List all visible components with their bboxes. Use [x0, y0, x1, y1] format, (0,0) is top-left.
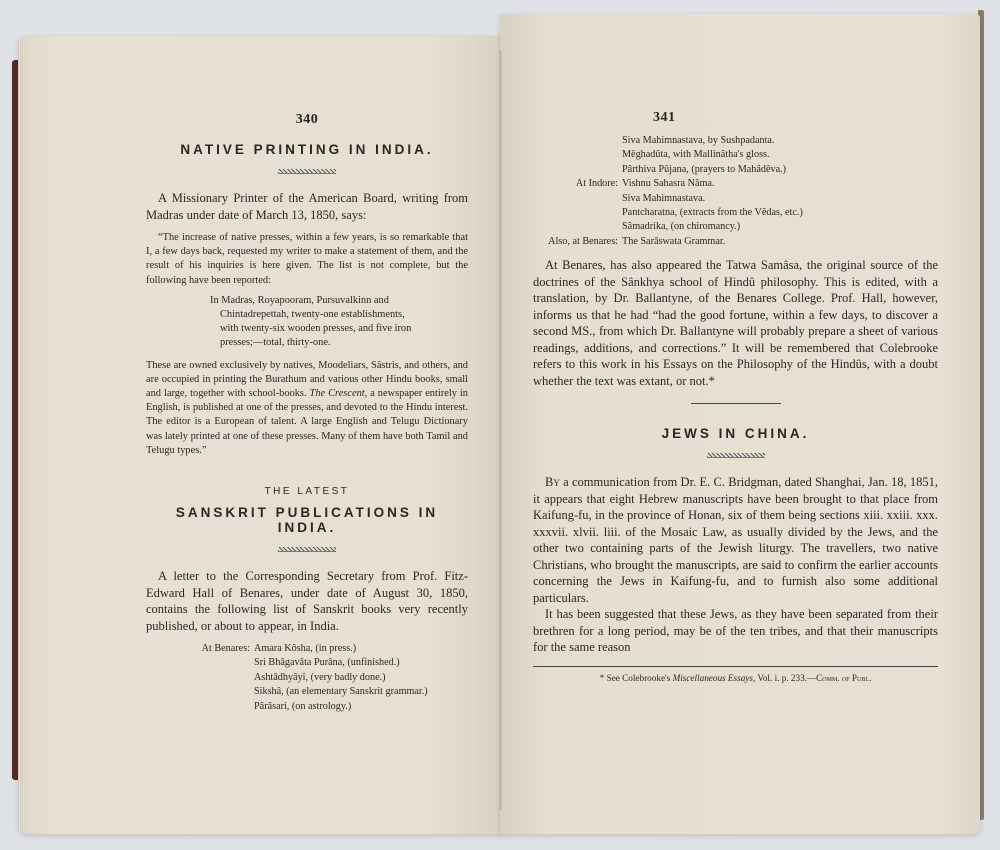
place-label: [525, 148, 622, 162]
book-list-item: Siva Mahimnastava.: [533, 192, 938, 206]
book-list-item: Sâmadrika, (on chiromancy.): [533, 220, 938, 234]
book-gutter: [499, 50, 502, 810]
paragraph-text: a communication from Dr. E. C. Bridgman,…: [533, 475, 938, 605]
book-title: Amara Kôsha, (in press.): [254, 642, 468, 656]
native-printing-quote-p2: These are owned exclusively by natives, …: [146, 359, 468, 458]
ornamental-rule: [278, 547, 336, 552]
place-label: [146, 671, 254, 685]
newspaper-title: The Crescent: [310, 388, 365, 399]
footnote-text: , Vol. i. p. 233.—: [753, 673, 816, 683]
presses-list: In Madras, Royapooram, Pursuvalkinn and …: [210, 294, 468, 351]
place-label: At Indore:: [525, 177, 622, 191]
section-heading-native-printing: NATIVE PRINTING IN INDIA.: [146, 142, 468, 157]
book-title: Pârâsari, (on astrology.): [254, 700, 468, 714]
left-page-content: 340 NATIVE PRINTING IN INDIA. A Missiona…: [146, 112, 468, 722]
section-divider: [691, 403, 781, 404]
page-number: 341: [533, 110, 938, 126]
place-label: Also, at Benares:: [525, 235, 622, 249]
place-label: At Benares:: [146, 642, 254, 656]
right-page-content: 341 Siva Mahimnastava, by Sushpadanta. M…: [533, 110, 938, 683]
native-printing-quote-p1: “The increase of native presses, within …: [146, 231, 468, 288]
native-printing-intro: A Missionary Printer of the American Boa…: [146, 190, 468, 223]
section-heading-jews-in-china: JEWS IN CHINA.: [533, 426, 938, 441]
presses-list-line: with twenty-six wooden presses, and five…: [210, 322, 468, 336]
book-list-item: Mêghadûta, with Mallinâtha's gloss.: [533, 148, 938, 162]
place-label: [525, 163, 622, 177]
sanskrit-intro: A letter to the Corresponding Secretary …: [146, 568, 468, 634]
place-label: [146, 685, 254, 699]
footnote-attribution: Comm. of Publ.: [816, 673, 871, 683]
page-edges: [18, 40, 24, 830]
book-title: Sri Bhâgavâta Purâna, (unfinished.): [254, 656, 468, 670]
book-title: Siva Mahimnastava.: [622, 192, 938, 206]
place-label: [525, 206, 622, 220]
right-page: 341 Siva Mahimnastava, by Sushpadanta. M…: [500, 14, 980, 834]
footnote: * See Colebrooke's Miscellaneous Essays,…: [533, 673, 938, 683]
book-list-item: Siva Mahimnastava, by Sushpadanta.: [533, 134, 938, 148]
ornamental-rule: [707, 453, 765, 458]
footnote-book-title: Miscellaneous Essays: [673, 673, 753, 683]
place-label: [525, 192, 622, 206]
place-label: [525, 134, 622, 148]
presses-list-line: presses;—total, thirty-one.: [210, 336, 468, 350]
left-page: 340 NATIVE PRINTING IN INDIA. A Missiona…: [18, 36, 502, 834]
book-list-item: Pârâsari, (on astrology.): [146, 700, 468, 714]
book-title: Vishnu Sahasra Nâma.: [622, 177, 938, 191]
book-title: The Sarâswata Grammar.: [622, 235, 938, 249]
book-title: Siva Mahimnastava, by Sushpadanta.: [622, 134, 938, 148]
jews-in-china-p1: By a communication from Dr. E. C. Bridgm…: [533, 474, 938, 606]
page-number: 340: [146, 112, 468, 128]
book-list-item: Ashtâdhyâyî, (very badly done.): [146, 671, 468, 685]
book-list-item: Sikshâ, (an elementary Sanskrit grammar.…: [146, 685, 468, 699]
book-title: Pârthiva Pûjana, (prayers to Mahâdêva.): [622, 163, 938, 177]
book-list-item: At Benares:Amara Kôsha, (in press.): [146, 642, 468, 656]
section-heading-sanskrit-publications: SANSKRIT PUBLICATIONS IN INDIA.: [146, 505, 468, 535]
book-title: Mêghadûta, with Mallinâtha's gloss.: [622, 148, 938, 162]
ornamental-rule: [278, 169, 336, 174]
presses-list-line: In Madras, Royapooram, Pursuvalkinn and: [210, 294, 468, 308]
place-label: [146, 700, 254, 714]
sanskrit-book-list: At Benares:Amara Kôsha, (in press.) Sri …: [146, 642, 468, 714]
jews-in-china-p2: It has been suggested that these Jews, a…: [533, 606, 938, 656]
book-list-item: Pârthiva Pûjana, (prayers to Mahâdêva.): [533, 163, 938, 177]
sanskrit-book-list-continued: Siva Mahimnastava, by Sushpadanta. Mêgha…: [533, 134, 938, 249]
book-list-item: At Indore:Vishnu Sahasra Nâma.: [533, 177, 938, 191]
footnote-text: * See Colebrooke's: [600, 673, 673, 683]
section-subheading: THE LATEST: [146, 486, 468, 497]
book-list-item: Sri Bhâgavâta Purâna, (unfinished.): [146, 656, 468, 670]
book-title: Sikshâ, (an elementary Sanskrit grammar.…: [254, 685, 468, 699]
drop-lead-word: By: [545, 475, 560, 489]
footnote-rule: [533, 666, 938, 667]
book-list-item: Pantcharatna, (extracts from the Vêdas, …: [533, 206, 938, 220]
book-title: Sâmadrika, (on chiromancy.): [622, 220, 938, 234]
presses-list-line: Chintadrepettah, twenty-one establishmen…: [210, 308, 468, 322]
spacer: [146, 464, 468, 486]
book-title: Pantcharatna, (extracts from the Vêdas, …: [622, 206, 938, 220]
place-label: [525, 220, 622, 234]
place-label: [146, 656, 254, 670]
book-title: Ashtâdhyâyî, (very badly done.): [254, 671, 468, 685]
book-list-item: Also, at Benares:The Sarâswata Grammar.: [533, 235, 938, 249]
benares-paragraph: At Benares, has also appeared the Tatwa …: [533, 257, 938, 389]
